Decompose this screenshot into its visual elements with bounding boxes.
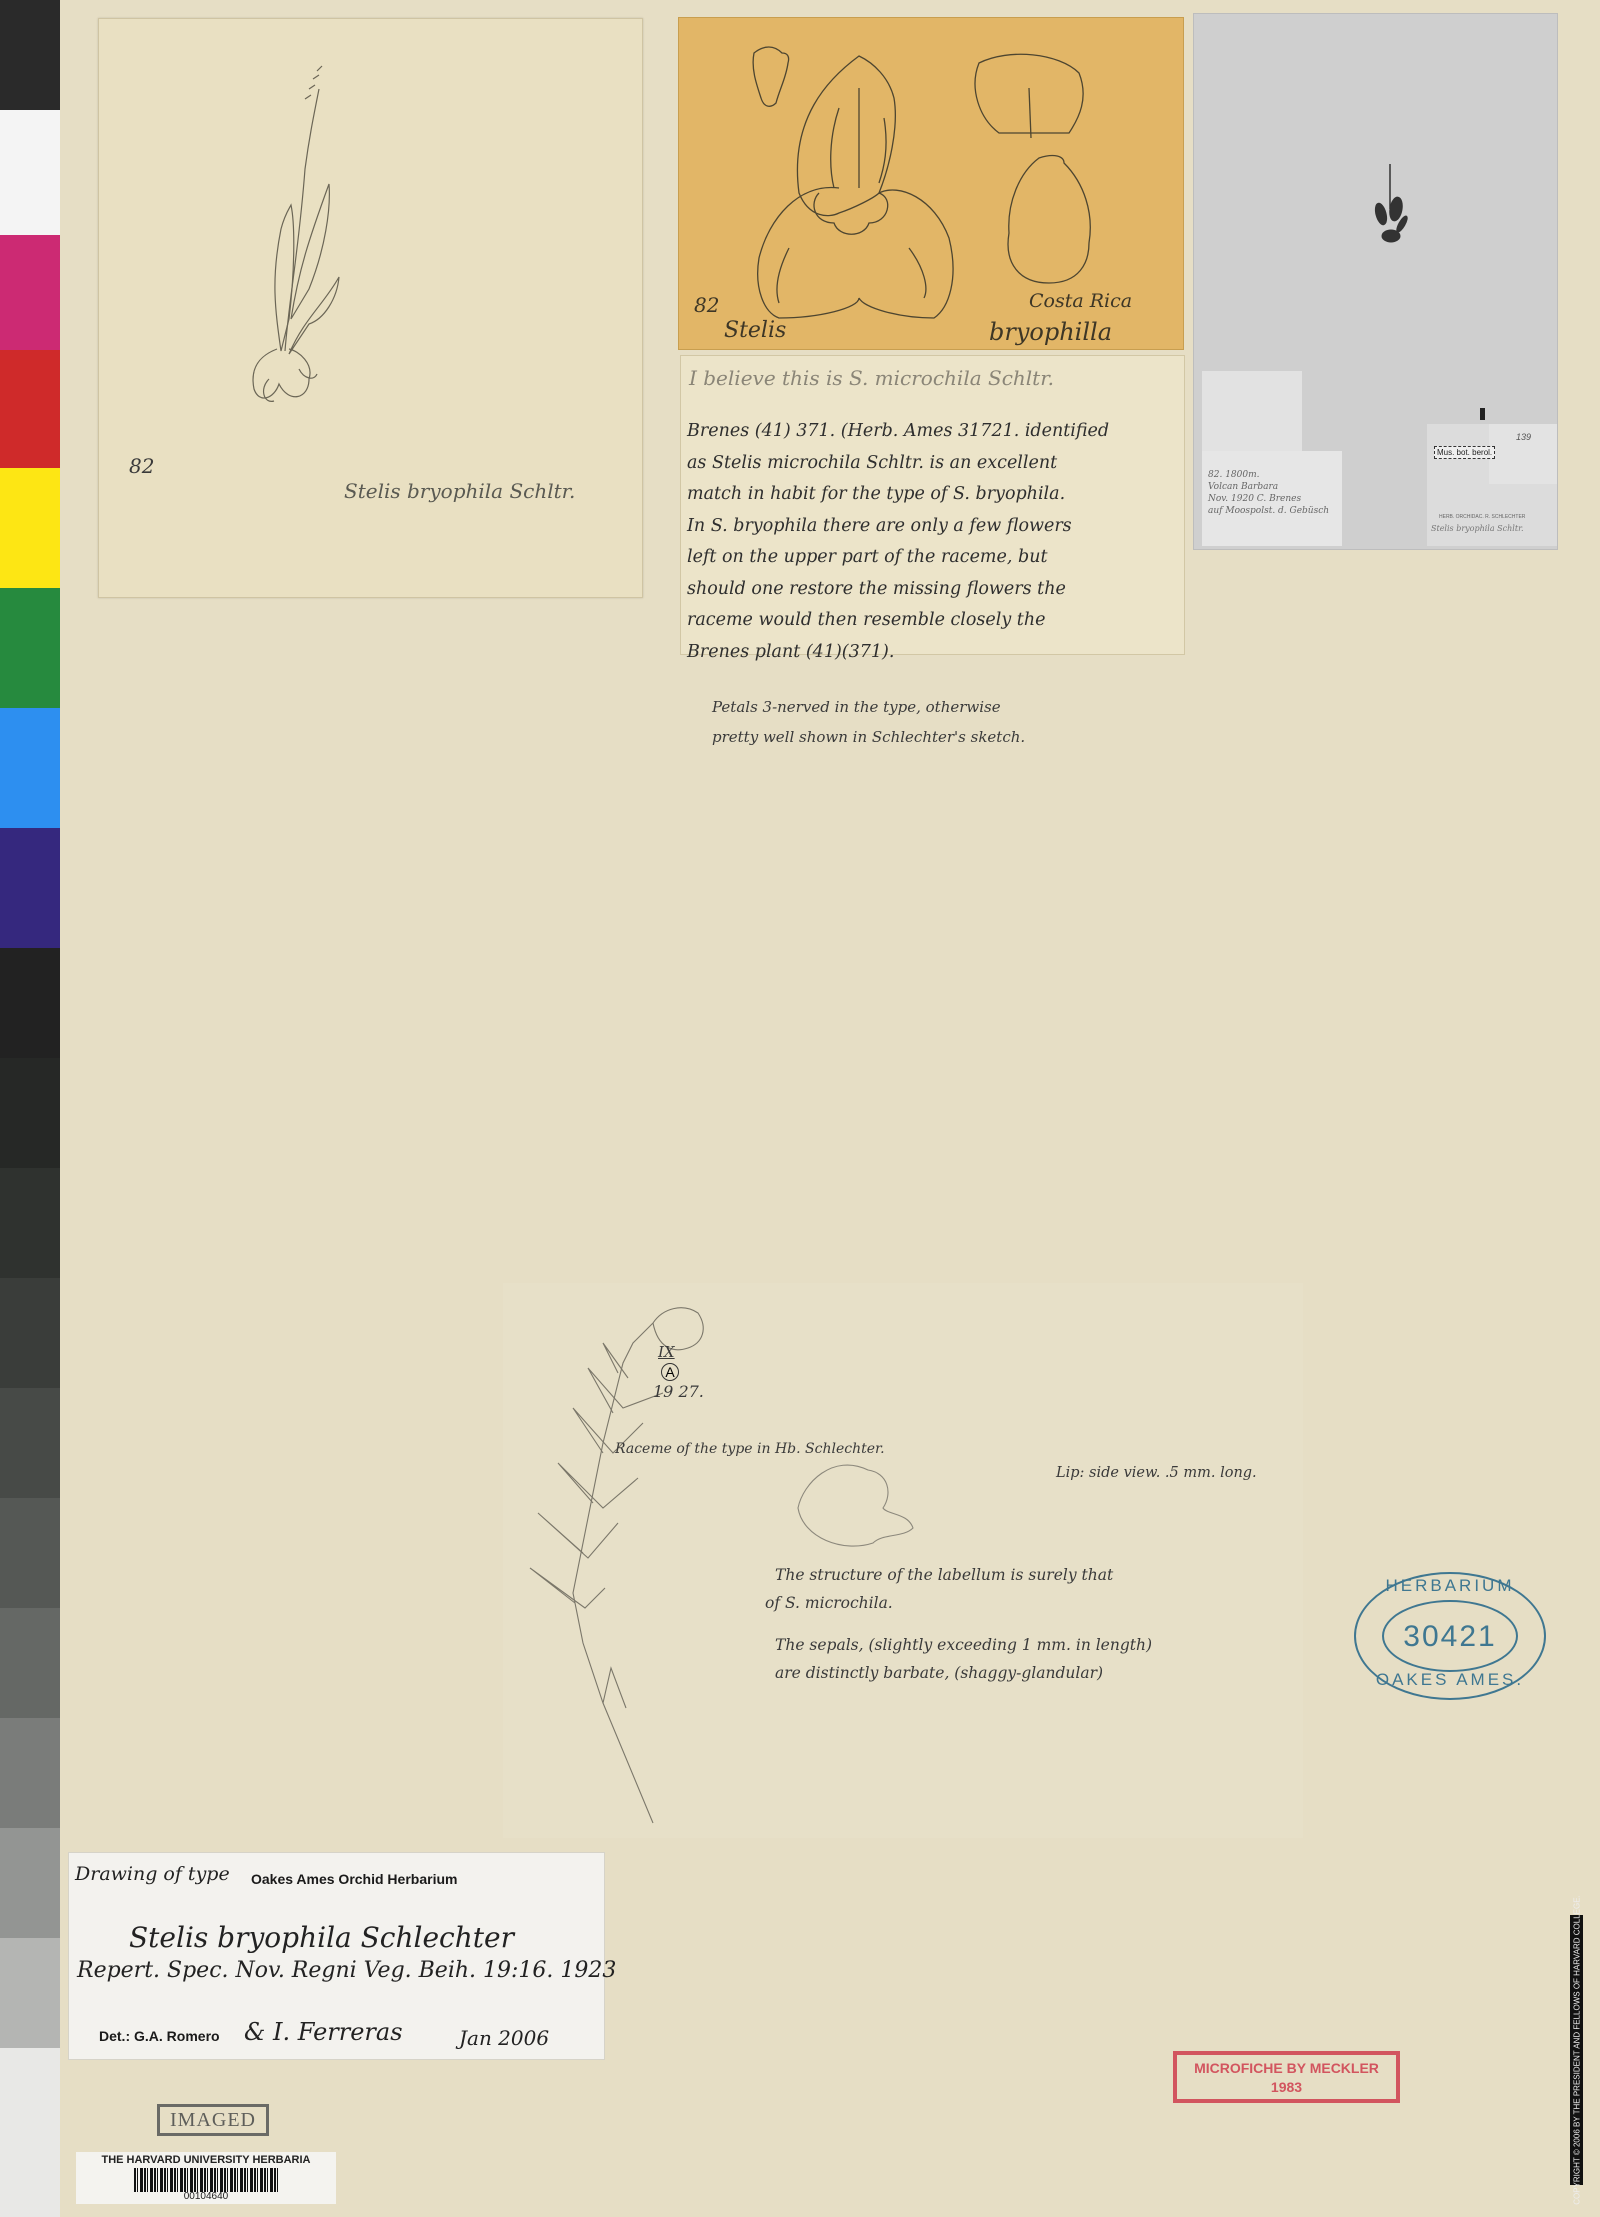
microfiche-line2: 1983 [1177, 2078, 1396, 2097]
photo-label-line: Nov. 1920 C. Brenes [1208, 494, 1301, 504]
note-line: should one restore the missing flowers t… [687, 574, 1109, 606]
color-patch-green [0, 588, 60, 708]
color-patch-gray-1 [0, 948, 60, 1058]
color-patch-black [0, 0, 60, 110]
photo-label-line: 1800m. [1225, 470, 1259, 480]
photo-stamp-number: 139 [1516, 432, 1531, 442]
barcode-label: THE HARVARD UNIVERSITY HERBARIA 00104640 [76, 2152, 336, 2204]
note-line: Brenes plant (41)(371). [687, 637, 1109, 669]
determination-label: Drawing of type Oakes Ames Orchid Herbar… [68, 1852, 605, 2060]
microfiche-stamp: MICROFICHE BY MECKLER 1983 [1173, 2051, 1400, 2103]
note-line: In S. bryophila there are only a few flo… [687, 511, 1109, 543]
note-line: left on the upper part of the raceme, bu… [687, 542, 1109, 574]
color-patch-yellow [0, 468, 60, 588]
raceme-date-month: IX [658, 1343, 675, 1361]
color-patch-magenta [0, 235, 60, 350]
raceme-date-year: 19 27. [653, 1382, 704, 1401]
herbarium-stamp-bottom: OAKES AMES. [1356, 1670, 1544, 1690]
annotation-note-card: I believe this is S. microchila Schltr. … [680, 355, 1185, 655]
color-patch-gray-8 [0, 1718, 60, 1828]
color-patch-gray-3 [0, 1168, 60, 1278]
note-line: Brenes (41) 371. (Herb. Ames 31721. iden… [687, 416, 1109, 448]
flower-sketch-number: 82 [694, 293, 719, 317]
color-patch-purple [0, 828, 60, 948]
sepal-note-line: The sepals, (slightly exceeding 1 mm. in… [775, 1631, 1152, 1659]
flower-sketch-locality: Costa Rica [1029, 290, 1132, 312]
color-patch-white [0, 110, 60, 235]
color-patch-gray-5 [0, 1388, 60, 1498]
sketch-number: 82 [129, 454, 154, 478]
label-date: Jan 2006 [459, 2026, 549, 2050]
labellum-note: The structure of the labellum is surely … [765, 1561, 1113, 1617]
flower-sketch-card: 82 Stelis Costa Rica bryophilla [678, 17, 1184, 350]
plant-sketch-card: 82 Stelis bryophila Schltr. [98, 18, 643, 598]
lip-caption: Lip: side view. .5 mm. long. [1056, 1465, 1257, 1481]
label-handwritten-heading: Drawing of type [75, 1863, 230, 1885]
petal-note-line: Petals 3-nerved in the type, otherwise [712, 692, 1025, 722]
color-patch-gray-2 [0, 1058, 60, 1168]
label-institution: Oakes Ames Orchid Herbarium [251, 1871, 457, 1887]
label-taxon: Stelis bryophila Schlechter [129, 1921, 514, 1954]
raceme-caption: Raceme of the type in Hb. Schlechter. [615, 1441, 885, 1457]
plant-drawing-icon [99, 19, 644, 599]
photo-label-line: auf Moospolst. d. Gebüsch [1208, 506, 1329, 516]
flower-sketch-species: bryophilla [989, 318, 1112, 346]
barcode-number: 00104640 [76, 2191, 336, 2202]
copyright-notice: COPYRIGHT © 2006 BY THE PRESIDENT AND FE… [1570, 1915, 1583, 2185]
sepal-note: The sepals, (slightly exceeding 1 mm. in… [775, 1631, 1152, 1687]
photo-species-line: Stelis bryophila Schltr. [1431, 524, 1524, 533]
copyright-text: COPYRIGHT © 2006 BY THE PRESIDENT AND FE… [1572, 1895, 1581, 2205]
sepal-note-line: are distinctly barbate, (shaggy-glandula… [775, 1659, 1152, 1687]
photo-label-line: 82. [1208, 470, 1222, 480]
herbarium-stamp: HERBARIUM 30421 OAKES AMES. [1354, 1572, 1546, 1700]
imaged-stamp: IMAGED [157, 2104, 269, 2136]
color-patch-gray-9 [0, 1828, 60, 1938]
note-line: match in habit for the type of S. bryoph… [687, 479, 1109, 511]
photo-printed-header: HERB. ORCHIDAC. R. SCHLECHTER [1439, 514, 1525, 520]
photo-museum-stamp: Mus. bot. berol. [1434, 446, 1495, 459]
flower-sketch-genus: Stelis [724, 318, 786, 343]
note-line: as Stelis microchila Schltr. is an excel… [687, 448, 1109, 480]
herbarium-accession-number: 30421 [1356, 1620, 1544, 1654]
petal-note: Petals 3-nerved in the type, otherwise p… [712, 692, 1025, 752]
microfiche-line1: MICROFICHE BY MECKLER [1177, 2059, 1396, 2078]
barcode-title: THE HARVARD UNIVERSITY HERBARIA [76, 2154, 336, 2166]
photo-label-line: Volcan Barbara [1208, 482, 1278, 492]
sketch-caption: Stelis bryophila Schltr. [344, 479, 575, 503]
raceme-sketch-card: IX A 19 27. Raceme of the type in Hb. Sc… [503, 1283, 1303, 1838]
color-patch-gray-10 [0, 1938, 60, 2048]
color-patch-gray-11 [0, 2048, 60, 2217]
note-line: raceme would then resemble closely the [687, 605, 1109, 637]
label-det-prefix: Det.: G.A. Romero [99, 2028, 220, 2044]
raceme-date-mark: A [661, 1363, 679, 1381]
labellum-note-line: of S. microchila. [765, 1589, 1113, 1617]
photo-label-left: 82. 1800m. Volcan Barbara Nov. 1920 C. B… [1208, 469, 1343, 517]
herbarium-stamp-top: HERBARIUM [1356, 1576, 1544, 1596]
note-heading: I believe this is S. microchila Schltr. [689, 366, 1054, 390]
color-patch-gray-7 [0, 1608, 60, 1718]
label-citation: Repert. Spec. Nov. Regni Veg. Beih. 19:1… [77, 1958, 616, 1983]
color-patch-blue [0, 708, 60, 828]
barcode-icon [134, 2168, 280, 2192]
specimen-photo-card: 82. 1800m. Volcan Barbara Nov. 1920 C. B… [1193, 13, 1558, 550]
petal-note-line: pretty well shown in Schlechter's sketch… [712, 722, 1025, 752]
color-patch-gray-4 [0, 1278, 60, 1388]
color-patch-red [0, 350, 60, 468]
color-patch-gray-6 [0, 1498, 60, 1608]
note-body: Brenes (41) 371. (Herb. Ames 31721. iden… [687, 416, 1109, 668]
label-det-second: & I. Ferreras [244, 2018, 403, 2046]
color-calibration-strip [0, 0, 60, 2217]
labellum-note-line: The structure of the labellum is surely … [765, 1561, 1113, 1589]
